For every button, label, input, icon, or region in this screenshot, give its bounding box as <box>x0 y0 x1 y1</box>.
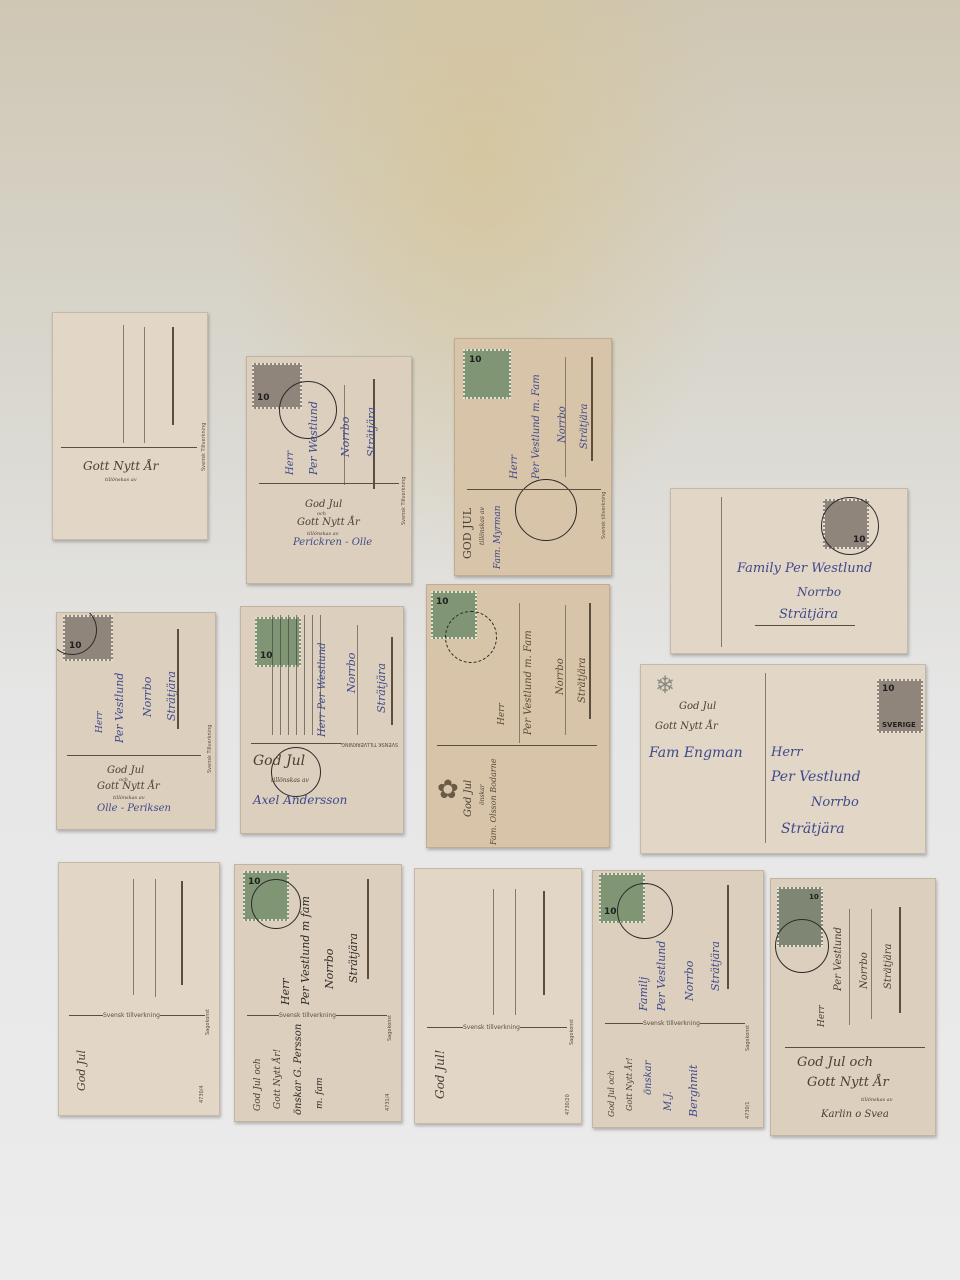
sender: Fam Engman <box>649 745 743 761</box>
postmark <box>445 611 497 663</box>
address-line: Strätjära <box>781 821 845 837</box>
greeting: Gott Nytt År <box>97 781 160 792</box>
address-line: Norrbo <box>797 585 841 599</box>
postcard-2: 10 Herr Per Westlund Norrbo Strätjära Go… <box>246 356 412 584</box>
maker-label: Svensk Tillverkning <box>401 477 407 525</box>
postcard-5: 10 Herr Per Vestlund Norrbo Strätjära Go… <box>56 612 216 830</box>
address-line: Per Vestlund m fam <box>299 896 312 1005</box>
address-line: Herr <box>817 1005 827 1027</box>
postcard-11: Svensk tillverkning Sagokonst God Jul! 4… <box>414 868 582 1124</box>
card-code: 4730/20 <box>565 1094 571 1115</box>
greeting: God Jul <box>107 765 144 776</box>
address-line: Herr <box>771 745 802 760</box>
address-line: Herr <box>285 451 296 475</box>
address-line: Norrbo <box>811 795 859 810</box>
address-line: Strätjära <box>579 404 590 449</box>
maker-label: Svensk tillverkning <box>103 1012 160 1019</box>
card-code: 4730/1 <box>745 1101 751 1119</box>
sender: Axel Andersson <box>253 793 347 807</box>
address-line: Per Westlund <box>307 401 320 475</box>
address-line: Norrbo <box>141 677 154 717</box>
sender: Olle - Periksen <box>97 803 171 814</box>
greeting: Gott Nytt År! <box>625 1058 634 1112</box>
greeting: God Jul och <box>253 1058 263 1111</box>
address-line: Norrbo <box>859 952 870 989</box>
postcard-9: Svensk tillverkning Sagokonst God Jul 47… <box>58 862 220 1116</box>
subtext: tillönskas av <box>105 477 137 483</box>
postcard-13: 10 Herr Per Vestlund Norrbo Strätjära Go… <box>770 878 936 1136</box>
address-line: Norrbo <box>557 406 568 443</box>
greeting: GOD JUL <box>461 508 474 559</box>
postcard-6: 10 SVENSK TILLVERKNING Herr Per Westlund… <box>240 606 404 834</box>
message: M.J. <box>663 1091 674 1111</box>
postcard-8: ❄ God Jul Gott Nytt År Fam Engman 10SVER… <box>640 664 926 854</box>
publisher-label: Sagokonst <box>205 1009 211 1035</box>
greeting: God Jul <box>679 701 716 712</box>
address-line: Strätjära <box>577 658 588 703</box>
postmark <box>775 919 829 973</box>
subtext: önskar <box>479 784 486 805</box>
card-code: 4731/4 <box>385 1093 391 1111</box>
address-line: Per Vestlund m. Fam <box>523 630 534 735</box>
stamp: 10SVERIGE <box>877 679 923 733</box>
address-line: Per Vestlund <box>833 927 844 991</box>
address-line: Per Vestlund <box>113 673 126 743</box>
greeting: God Jul och <box>797 1055 873 1070</box>
postmark <box>617 883 673 939</box>
stamp: 10 <box>463 349 511 399</box>
maker-label: Svensk tillverkning <box>463 1024 520 1031</box>
address-line: Strätjära <box>365 407 378 457</box>
greeting: God Jul <box>305 499 342 510</box>
address-line: Herr Per Westlund <box>317 642 328 737</box>
message: m. fam <box>315 1078 325 1110</box>
address-line: Family Per Westlund <box>737 561 872 576</box>
address-line: Herr <box>497 703 507 725</box>
greeting: Gott Nytt År <box>83 459 158 473</box>
address-line: Norrbo <box>323 949 336 989</box>
subtext: tillönskas av <box>479 507 486 545</box>
maker-label: SVENSK TILLVERKNING <box>341 741 398 747</box>
postcard-4: 10 Family Per Westlund Norrbo Strätjära <box>670 488 908 654</box>
greeting: God Jul <box>253 753 305 769</box>
card-code: 4730/4 <box>199 1085 205 1103</box>
address-line: Familj <box>637 977 650 1011</box>
greeting: Gott Nytt År <box>297 517 360 528</box>
postmark <box>251 879 301 929</box>
holly-bell-icon: ❄ <box>655 671 675 699</box>
maker-label: Svensk tillverkning <box>643 1020 700 1027</box>
address-line: Strätjära <box>165 671 178 721</box>
postcard-1: Gott Nytt År tillönskas av Svensk Tillve… <box>52 312 208 540</box>
postcard-7: 10 Herr Per Vestlund m. Fam Norrbo Strät… <box>426 584 610 848</box>
address-line: Herr <box>509 455 520 479</box>
address-line: Strätjära <box>347 933 360 983</box>
subtext: tillönskas av <box>271 777 309 784</box>
maker-label: Svensk tillverkning <box>601 492 607 539</box>
sender: Karlin o Svea <box>821 1109 889 1120</box>
greeting: Gott Nytt År! <box>273 1049 283 1109</box>
address-line: Per Vestlund <box>655 941 668 1011</box>
sender: Perickren - Olle <box>293 537 372 548</box>
address-line: Strätjära <box>375 663 388 713</box>
greeting: God Jul och <box>607 1070 616 1117</box>
maker-label: Svensk Tillverkning <box>201 423 207 471</box>
address-line: Herr <box>279 978 292 1005</box>
address-line: Per Vestlund m. Fam <box>531 374 542 479</box>
maker-label: Svensk Tillverkning <box>207 725 213 773</box>
greeting: Gott Nytt År <box>655 721 718 732</box>
message: önskar <box>643 1061 654 1095</box>
sender: Fam. Myrman <box>493 505 503 569</box>
subtext: tillönskas av <box>861 1097 893 1103</box>
address-line: Strätjära <box>883 944 894 989</box>
address-line: Herr <box>95 711 105 733</box>
greeting: God Jul <box>463 780 474 817</box>
publisher-label: Sagokonst <box>569 1019 575 1045</box>
greeting: God Jul <box>75 1050 88 1091</box>
message: önskar G. Persson <box>293 1024 304 1115</box>
address-line: Norrbo <box>339 417 352 457</box>
sender: Fam. Olsson Bodarne <box>489 758 498 845</box>
address-line: Strätjära <box>709 941 722 991</box>
publisher-label: Sagokonst <box>745 1025 751 1051</box>
wavy-cancellation <box>265 615 325 735</box>
postmark <box>821 497 879 555</box>
address-line: Norrbo <box>555 658 566 695</box>
postcard-12: 10 Svensk tillverkning Familj Per Vestlu… <box>592 870 764 1128</box>
address-line: Strätjära <box>779 607 838 622</box>
postcard-10: 10 Svensk tillverkning Herr Per Vestlund… <box>234 864 402 1122</box>
postcard-3: 10 Herr Per Vestlund m. Fam Norrbo Strät… <box>454 338 612 576</box>
message: Berghmit <box>687 1065 700 1117</box>
address-line: Norrbo <box>345 653 358 693</box>
maker-label: Svensk tillverkning <box>279 1012 336 1019</box>
publisher-label: Sagokonst <box>387 1015 393 1041</box>
greeting: God Jul! <box>433 1049 447 1099</box>
greeting: Gott Nytt År <box>807 1075 889 1090</box>
subtext: tillönskas av <box>113 795 145 801</box>
address-line: Norrbo <box>683 961 696 1001</box>
address-line: Per Vestlund <box>771 769 861 785</box>
